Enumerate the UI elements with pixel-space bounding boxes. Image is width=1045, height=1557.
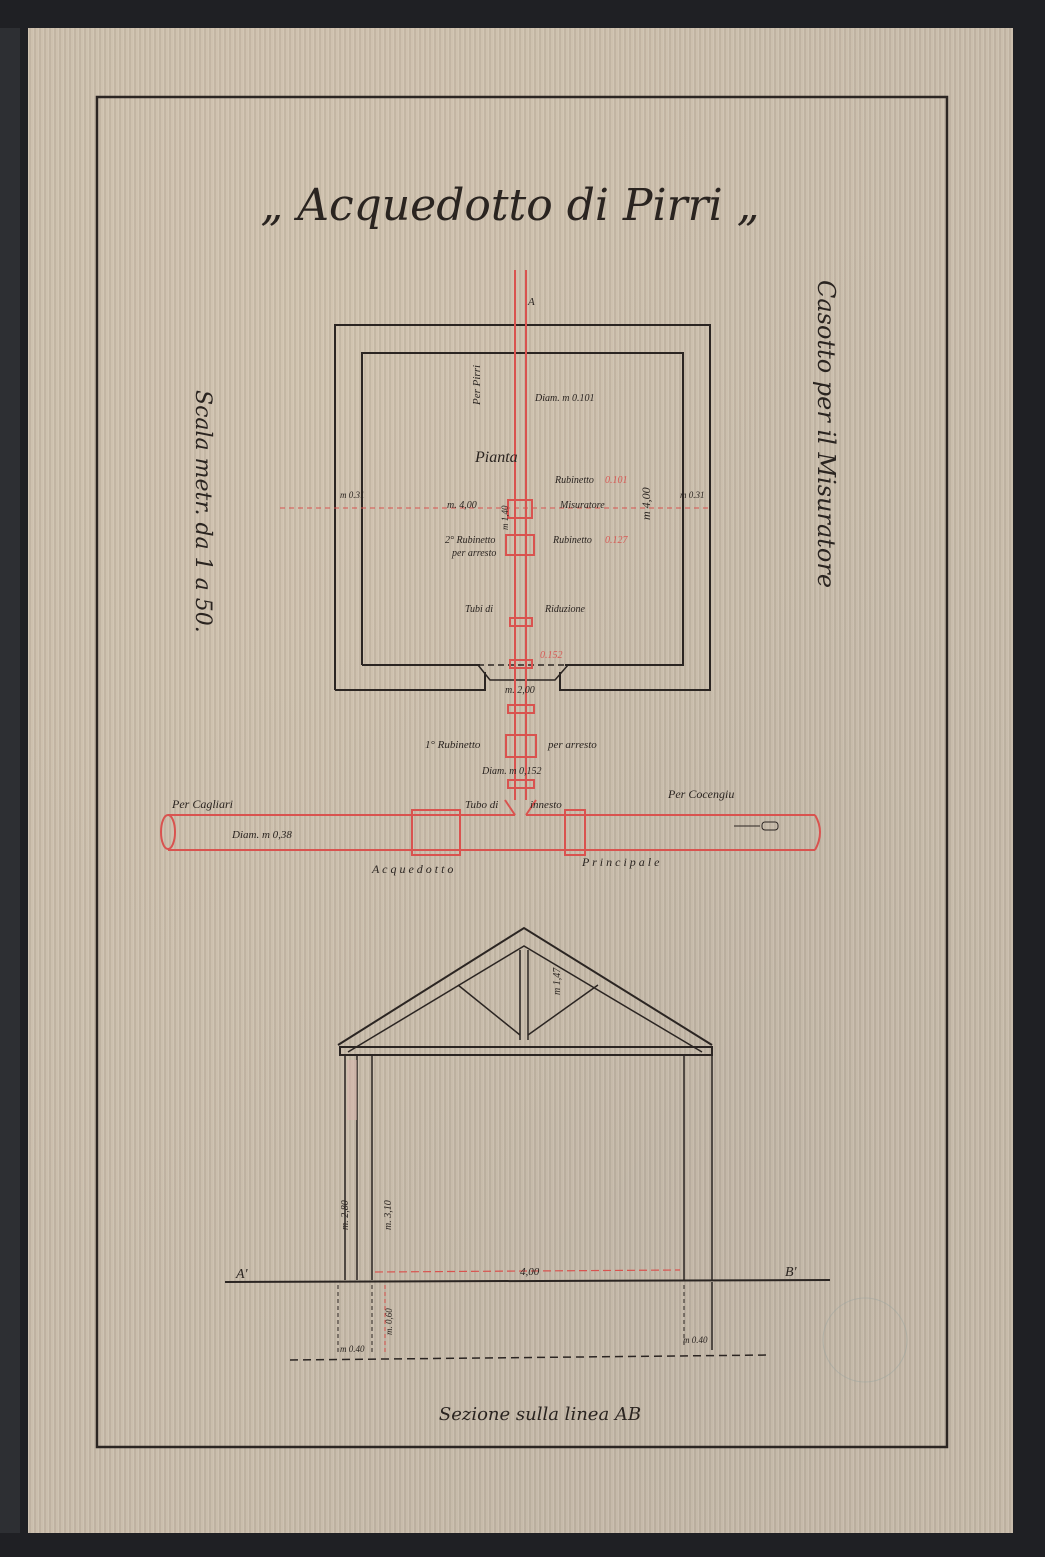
tubo-innesto-label-2: innesto <box>530 799 562 811</box>
scale-note: Scala metr. da 1 a 50. <box>190 390 215 633</box>
marker-a: A <box>527 296 535 308</box>
red-note-2: 0.127 <box>605 535 629 546</box>
roof-truss <box>338 928 712 1055</box>
section-walls <box>345 1055 712 1280</box>
building-note: Casotto per il Misuratore <box>812 280 840 588</box>
plan-heading: Pianta <box>474 449 518 466</box>
tubi-riduzione-label-2: Riduzione <box>544 604 586 615</box>
drawing-canvas: „ Acquedotto di Pirri „ Scala metr. da 1… <box>0 0 1045 1557</box>
title: „ Acquedotto di Pirri „ <box>260 180 759 231</box>
rubinetto-top-label: Rubinetto <box>554 475 594 486</box>
per-arresto-2-label: per arresto <box>451 548 496 559</box>
primo-rubinetto-label: 1° Rubinetto <box>425 739 481 751</box>
diam-main-label: Diam. m 0,38 <box>231 829 292 841</box>
section-caption: Sezione sulla linea AB <box>439 1404 641 1425</box>
flow-arrow-icon <box>734 822 778 830</box>
secondo-rubinetto-label: 2° Rubinetto <box>445 535 495 546</box>
truss-dim-label: m 1,47 <box>552 967 563 995</box>
point-b-label: B' <box>785 1265 798 1280</box>
tubi-riduzione-label-1: Tubi di <box>465 604 493 615</box>
tubo-innesto-label-1: Tubo di <box>465 799 498 811</box>
archive-stamp <box>823 1298 907 1382</box>
per-cocengia-label: Per Cocengiu <box>667 787 734 801</box>
per-cagliari-label: Per Cagliari <box>171 797 233 811</box>
rubinetto-mid-label: Rubinetto <box>552 535 592 546</box>
right-wall-label: m 0.31 <box>680 490 705 500</box>
foundation-right-label: m 0.40 <box>683 1335 708 1345</box>
ground-line <box>225 1280 830 1282</box>
section-width-label: 4,00 <box>520 1266 540 1278</box>
per-arresto-1-label: per arresto <box>547 739 597 751</box>
pipe-dim-label: m 1,40 <box>500 505 510 530</box>
diam-branch-label: Diam. m 0,152 <box>481 766 541 777</box>
red-note-1: 0.101 <box>605 475 628 486</box>
height-dim-label: m 4,00 <box>639 487 653 520</box>
diam-top-label: Diam. m 0.101 <box>534 393 594 404</box>
inner-wall-height-label: m. 3,10 <box>383 1200 394 1230</box>
acquedotto-label: A c q u e d o t t o <box>371 862 453 876</box>
left-wall-label: m 0.31 <box>340 490 365 500</box>
per-pirri-label: Per Pirri <box>471 365 483 406</box>
door-dim-label: m. 2,00 <box>505 685 535 696</box>
width-dim-label: m. 4,00 <box>447 500 477 511</box>
misuratore-label: Misuratore <box>559 500 605 511</box>
foundation-left-label: m 0.40 <box>340 1344 365 1354</box>
principale-label: P r i n c i p a l e <box>581 855 660 869</box>
depth-dim-label: m. 0,60 <box>384 1308 394 1335</box>
left-wall-height-label: m. 2,80 <box>340 1200 351 1230</box>
point-a-label: A' <box>235 1267 249 1282</box>
red-note-3: 0.152 <box>540 650 563 661</box>
